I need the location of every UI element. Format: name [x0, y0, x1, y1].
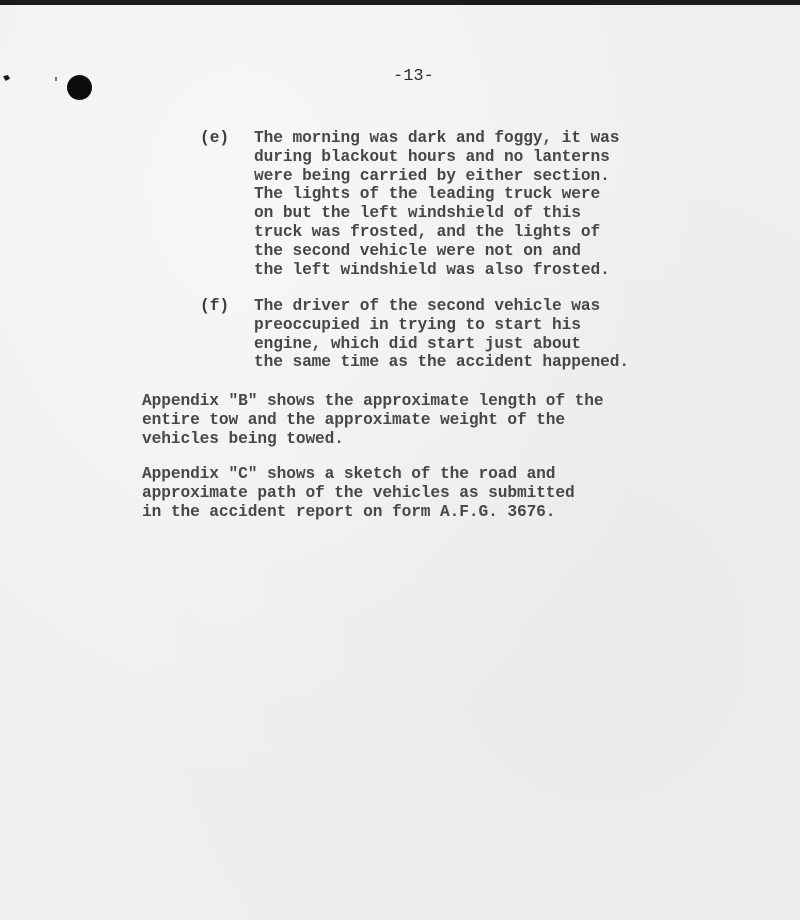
document-page: -13- (e) The morning was dark and foggy,… [0, 5, 800, 920]
text-line: approximate path of the vehicles as subm… [142, 484, 575, 503]
text-line: in the accident report on form A.F.G. 36… [142, 503, 575, 522]
ink-speck-mark [3, 75, 10, 81]
text-line: The driver of the second vehicle was [254, 297, 629, 316]
text-line: were being carried by either section. [254, 167, 619, 186]
page-number: -13- [393, 67, 434, 86]
item-body: The driver of the second vehicle was pre… [254, 297, 629, 372]
text-line: preoccupied in trying to start his [254, 316, 629, 335]
text-line: the second vehicle were not on and [254, 242, 619, 261]
item-body: The morning was dark and foggy, it was d… [254, 129, 619, 279]
text-line: engine, which did start just about [254, 335, 629, 354]
paragraph-appendix-c: Appendix "C" shows a sketch of the road … [142, 465, 575, 521]
text-line: vehicles being towed. [142, 430, 603, 449]
text-line: Appendix "C" shows a sketch of the road … [142, 465, 575, 484]
text-line: truck was frosted, and the lights of [254, 223, 619, 242]
punch-hole-mark [67, 75, 92, 100]
ink-speck-small [55, 77, 57, 81]
paragraph-appendix-b: Appendix "B" shows the approximate lengt… [142, 392, 603, 448]
text-line: The morning was dark and foggy, it was [254, 129, 619, 148]
text-line: on but the left windshield of this [254, 204, 619, 223]
text-line: Appendix "B" shows the approximate lengt… [142, 392, 603, 411]
text-line: entire tow and the approximate weight of… [142, 411, 603, 430]
text-line: The lights of the leading truck were [254, 185, 619, 204]
text-line: the same time as the accident happened. [254, 353, 629, 372]
text-line: during blackout hours and no lanterns [254, 148, 619, 167]
item-label: (e) [200, 129, 229, 148]
text-line: the left windshield was also frosted. [254, 261, 619, 280]
item-label: (f) [200, 297, 229, 316]
